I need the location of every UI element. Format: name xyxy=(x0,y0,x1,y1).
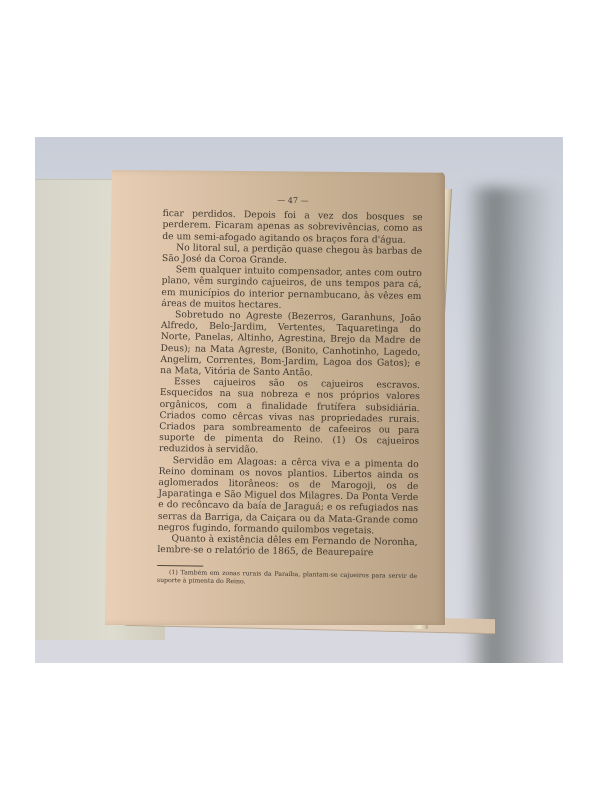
footnote-divider xyxy=(157,564,203,566)
paragraph: Sem qualquer intuito compensador, antes … xyxy=(161,264,422,313)
paragraph: Quanto à existência dêles em Fernando de… xyxy=(157,533,417,559)
book-shadow xyxy=(465,187,555,663)
paragraph: Sobretudo no Agreste (Bezerros, Garanhun… xyxy=(160,309,421,380)
book-photo: — 47 — ficar perdidos. Depois foi a vez … xyxy=(35,137,563,663)
paragraph: Servidão em Alagoas: a cêrca viva e a pi… xyxy=(158,455,419,537)
page-text: — 47 — ficar perdidos. Depois foi a vez … xyxy=(157,193,423,589)
paragraph: Esses cajueiros são os cajueiros escravo… xyxy=(159,376,420,458)
paragraph: ficar perdidos. Depois foi a vez dos bos… xyxy=(162,208,422,246)
